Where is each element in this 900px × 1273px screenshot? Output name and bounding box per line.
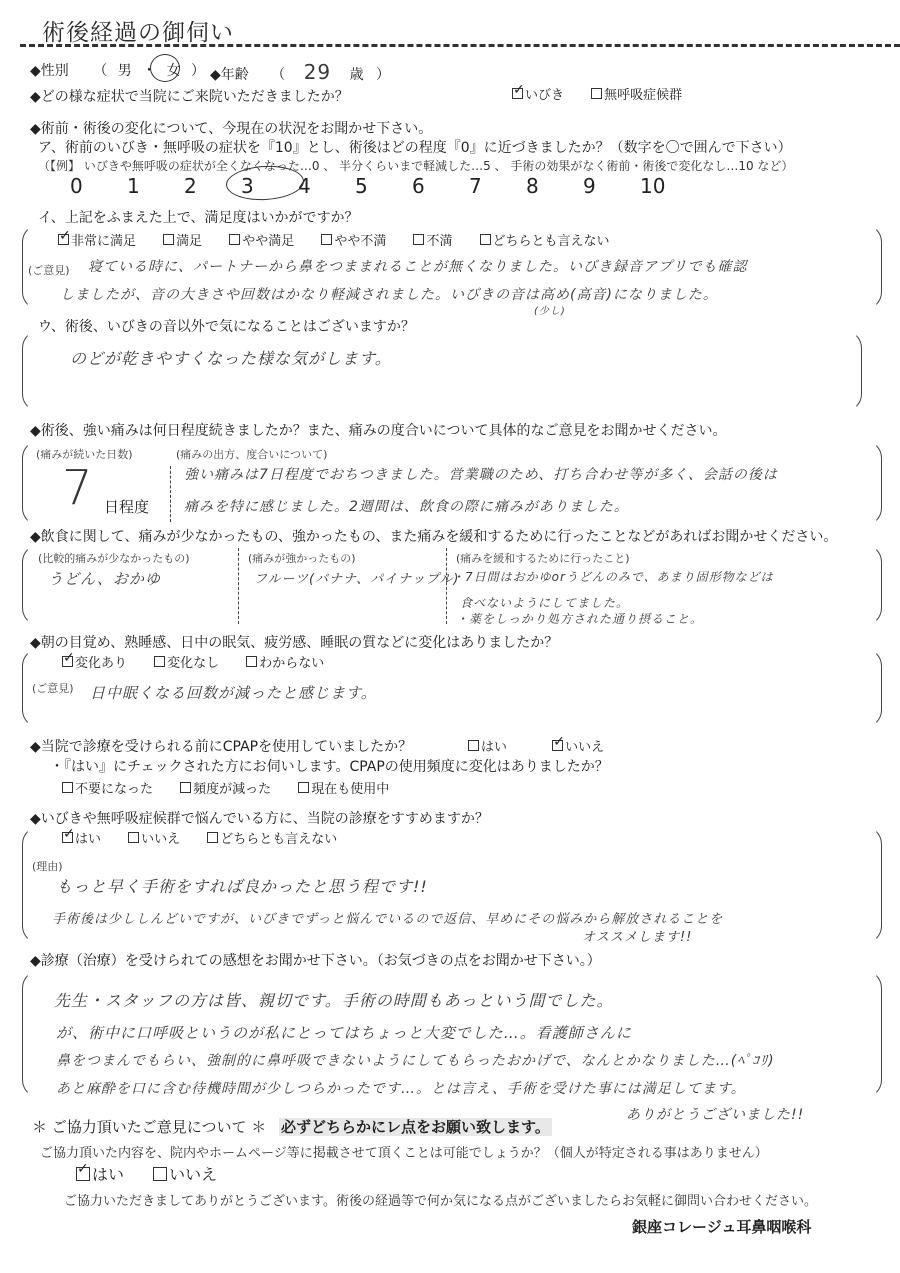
diet-column-divider-1 bbox=[238, 548, 239, 624]
satisfaction-option-neither[interactable]: どちらとも言えない bbox=[480, 230, 610, 249]
age-label: ◆年齢 bbox=[210, 67, 249, 83]
impression-line-2[interactable]: が、術中に口呼吸というのが私にとってはちょっと大変でした…。看護師さんに bbox=[56, 1022, 632, 1043]
symptom-option-apnea[interactable]: 無呼吸症候群 bbox=[591, 84, 682, 103]
consent-heading-left: ＊ ご協力頂いたご意見について ＊ bbox=[32, 1118, 266, 1136]
checkbox-icon[interactable] bbox=[229, 234, 240, 245]
recommend-reason-label: (理由) bbox=[32, 858, 63, 874]
cpap-followup-option-reduced[interactable]: 頻度が減った bbox=[180, 778, 271, 797]
scale-7[interactable]: 7 bbox=[469, 174, 526, 198]
sleep-opinion[interactable]: 日中眠くなる回数が減ったと感じます。 bbox=[90, 682, 377, 703]
scale-1[interactable]: 1 bbox=[127, 174, 184, 198]
impression-line-5[interactable]: ありがとうございました!! bbox=[626, 1104, 804, 1124]
sleep-option-unknown[interactable]: わからない bbox=[246, 652, 324, 671]
checkbox-icon[interactable] bbox=[153, 1167, 167, 1181]
scale-0[interactable]: 0 bbox=[70, 174, 127, 198]
sleep-option-no-change[interactable]: 変化なし bbox=[154, 652, 219, 671]
satisfaction-option-somewhat-dissatisfied[interactable]: やや不満 bbox=[321, 230, 386, 249]
pain-days-unit: 日程度 bbox=[104, 496, 149, 517]
diet-strong-value[interactable]: フルーツ(バナナ、パイナップル) bbox=[254, 568, 459, 587]
checkbox-checked-icon[interactable] bbox=[62, 832, 73, 843]
checkbox-checked-icon[interactable] bbox=[552, 740, 563, 751]
clinic-name: 銀座コレージュ耳鼻咽喉科 bbox=[632, 1216, 811, 1237]
impression-question: ◆診療（治療）を受けられての感想をお聞かせ下さい。（お気づきの点をお聞かせ下さい… bbox=[30, 950, 601, 970]
cpap-followup-option-unneeded[interactable]: 不要になった bbox=[62, 778, 153, 797]
consent-option-yes[interactable]: はい bbox=[76, 1162, 124, 1185]
change-scale: 012345678910 bbox=[70, 174, 697, 198]
other-concern-answer[interactable]: のどが乾きやすくなった様な気がします。 bbox=[70, 346, 392, 369]
sleep-opinion-label: (ご意見) bbox=[32, 680, 74, 696]
satisfaction-option-dissatisfied[interactable]: 不満 bbox=[413, 230, 452, 249]
symptoms-options: いびき 無呼吸症候群 bbox=[512, 84, 704, 103]
symptoms-question: ◆どの様な症状で当院にご来院いただきましたか？ bbox=[30, 86, 349, 106]
diet-relief-line-1[interactable]: ・7日間はおかゆorうどんのみで、あまり固形物などは bbox=[452, 568, 774, 585]
checkbox-icon[interactable] bbox=[180, 782, 191, 793]
gender-label: ◆性別 bbox=[30, 63, 69, 79]
impression-line-4[interactable]: あと麻酔を口に含む待機時間が少しつらかったです…。とは言え、手術を受けた事には満… bbox=[56, 1078, 746, 1098]
checkbox-icon[interactable] bbox=[413, 234, 424, 245]
cpap-followup-options: 不要になった 頻度が減った 現在も使用中 bbox=[62, 778, 411, 797]
diet-question: ◆飲食に関して、痛みが少なかったもの、強かったもの、また痛みを緩和するために行っ… bbox=[30, 526, 837, 546]
checkbox-checked-icon[interactable] bbox=[58, 234, 69, 245]
checkbox-icon[interactable] bbox=[591, 88, 602, 99]
recommend-reason-line-1[interactable]: もっと早く手術をすれば良かったと思う程です!! bbox=[56, 874, 428, 897]
impression-line-3[interactable]: 鼻をつまんでもらい、強制的に鼻呼吸できないようにしてもらったおかげで、なんとかな… bbox=[56, 1050, 775, 1070]
change-example: （【例】 いびきや無呼吸の症状が全くなくなった…0 、 半分くらいまで軽減した…… bbox=[38, 157, 793, 174]
symptom-option-snoring[interactable]: いびき bbox=[512, 84, 564, 103]
checkbox-icon[interactable] bbox=[480, 234, 491, 245]
satisfaction-opinion-note: (少し) bbox=[534, 302, 566, 317]
cpap-followup-question: ・『はい』にチェックされた方にお伺いします。CPAPの使用頻度に変化はありました… bbox=[50, 756, 609, 776]
checkbox-icon[interactable] bbox=[468, 740, 479, 751]
pain-detail-line-2[interactable]: 痛みを特に感じました。2週間は、飲食の際に痛みがありました。 bbox=[184, 496, 629, 516]
recommend-reason-line-3[interactable]: オススメします!! bbox=[582, 926, 692, 945]
scale-8[interactable]: 8 bbox=[526, 174, 583, 198]
diet-relief-label: (痛みを緩和するために行ったこと) bbox=[456, 550, 630, 566]
change-question: ◆術前・術後の変化について、今現在の状況をお聞かせ下さい。 bbox=[30, 118, 432, 138]
recommend-option-yes[interactable]: はい bbox=[62, 828, 101, 847]
pain-days-value[interactable]: 7 bbox=[62, 460, 93, 516]
consent-thanks: ご協力いただきましてありがとうございます。術後の経過等で何か気になる点がございま… bbox=[64, 1190, 817, 1209]
scale-6[interactable]: 6 bbox=[412, 174, 469, 198]
change-subquestion-a: ア、術前のいびき・無呼吸の症状を『10』とし、術後はどの程度『0』に近づきました… bbox=[38, 137, 792, 157]
gender-selection-circle bbox=[150, 54, 180, 82]
checkbox-icon[interactable] bbox=[207, 832, 218, 843]
consent-question: ご協力頂いた内容を、院内やホームページ等に掲載させて頂くことは可能でしょうか？（… bbox=[40, 1142, 768, 1161]
satisfaction-option-very-satisfied[interactable]: 非常に満足 bbox=[58, 230, 136, 249]
satisfaction-opinion-line-2[interactable]: しましたが、音の大きさや回数はかなり軽減されました。いびきの音は高め(高音)にな… bbox=[60, 284, 718, 304]
cpap-question: ◆当院で診療を受けられる前にCPAPを使用していましたか？ bbox=[30, 736, 412, 756]
scale-9[interactable]: 9 bbox=[583, 174, 640, 198]
checkbox-icon[interactable] bbox=[128, 832, 139, 843]
scale-5[interactable]: 5 bbox=[355, 174, 412, 198]
diet-less-value[interactable]: うどん、おかゆ bbox=[48, 568, 161, 589]
page-title: 術後経過の御伺い bbox=[42, 14, 234, 47]
cpap-option-no[interactable]: いいえ bbox=[552, 736, 604, 755]
satisfaction-opinion-line-1[interactable]: 寝ている時に、パートナーから鼻をつままれることが無くなりました。いびき録音アプリ… bbox=[88, 256, 747, 276]
diet-strong-label: (痛みが強かったもの) bbox=[248, 550, 356, 566]
sleep-options: 変化あり 変化なし わからない bbox=[62, 652, 346, 671]
diet-relief-line-3[interactable]: ・薬をしっかり処方された通り摂ること。 bbox=[456, 610, 703, 627]
recommend-option-neither[interactable]: どちらとも言えない bbox=[207, 828, 337, 847]
checkbox-icon[interactable] bbox=[298, 782, 309, 793]
cpap-options: はい いいえ bbox=[468, 736, 626, 755]
title-divider bbox=[20, 44, 900, 47]
checkbox-icon[interactable] bbox=[62, 782, 73, 793]
consent-heading: ＊ ご協力頂いたご意見について ＊ 必ずどちらかにレ点をお願い致します。 bbox=[32, 1116, 552, 1137]
satisfaction-opinion-label: (ご意見) bbox=[28, 262, 70, 278]
recommend-question: ◆いびきや無呼吸症候群で悩んでいる方に、当院の診療をすすめますか？ bbox=[30, 808, 489, 828]
diet-relief-line-2[interactable]: 食べないようにしてました。 bbox=[460, 594, 629, 611]
checkbox-icon[interactable] bbox=[246, 656, 257, 667]
scale-10[interactable]: 10 bbox=[640, 174, 697, 198]
pain-detail-label: (痛みの出方、度合いについて) bbox=[176, 446, 327, 462]
checkbox-checked-icon[interactable] bbox=[76, 1167, 90, 1181]
other-concern-bracket bbox=[22, 330, 862, 412]
checkbox-icon[interactable] bbox=[321, 234, 332, 245]
consent-option-no[interactable]: いいえ bbox=[153, 1162, 217, 1185]
checkbox-checked-icon[interactable] bbox=[62, 656, 73, 667]
satisfaction-option-somewhat-satisfied[interactable]: やや満足 bbox=[229, 230, 294, 249]
consent-options: はい いいえ bbox=[76, 1162, 239, 1185]
recommend-reason-line-2[interactable]: 手術後は少ししんどいですが、いびきでずっと悩んでいるので返信、早めにその悩みから… bbox=[52, 908, 723, 927]
checkbox-checked-icon[interactable] bbox=[512, 88, 523, 99]
checkbox-icon[interactable] bbox=[154, 656, 165, 667]
satisfaction-options: 非常に満足 満足 やや満足 やや不満 不満 どちらとも言えない bbox=[58, 230, 632, 249]
consent-heading-right: 必ずどちらかにレ点をお願い致します。 bbox=[279, 1118, 552, 1136]
pain-column-divider bbox=[170, 466, 171, 522]
diet-less-label: (比較的痛みが少なかったもの) bbox=[38, 550, 190, 566]
satisfaction-option-satisfied[interactable]: 満足 bbox=[163, 230, 202, 249]
recommend-option-no[interactable]: いいえ bbox=[128, 828, 180, 847]
sleep-option-changed[interactable]: 変化あり bbox=[62, 652, 127, 671]
pain-detail-line-1[interactable]: 強い痛みは7日程度でおちつきました。営業職のため、打ち合わせ等が多く、会話の後は bbox=[184, 464, 778, 484]
age-value[interactable]: 29 bbox=[304, 60, 331, 84]
diet-column-divider-2 bbox=[446, 548, 447, 624]
checkbox-icon[interactable] bbox=[163, 234, 174, 245]
pain-question: ◆術後、強い痛みは何日程度続きましたか？また、痛みの度合いについて具体的なご意見… bbox=[30, 420, 726, 440]
scale-4[interactable]: 4 bbox=[298, 174, 355, 198]
cpap-followup-option-still-using[interactable]: 現在も使用中 bbox=[298, 778, 389, 797]
age-row: ◆年齢 （ 29 歳 ） bbox=[210, 60, 390, 84]
gender-option-male[interactable]: 男 bbox=[118, 63, 132, 79]
impression-line-1[interactable]: 先生・スタッフの方は皆、親切です。手術の時間もあっという間でした。 bbox=[54, 988, 614, 1011]
recommend-options: はい いいえ どちらとも言えない bbox=[62, 828, 359, 847]
cpap-option-yes[interactable]: はい bbox=[468, 736, 507, 755]
